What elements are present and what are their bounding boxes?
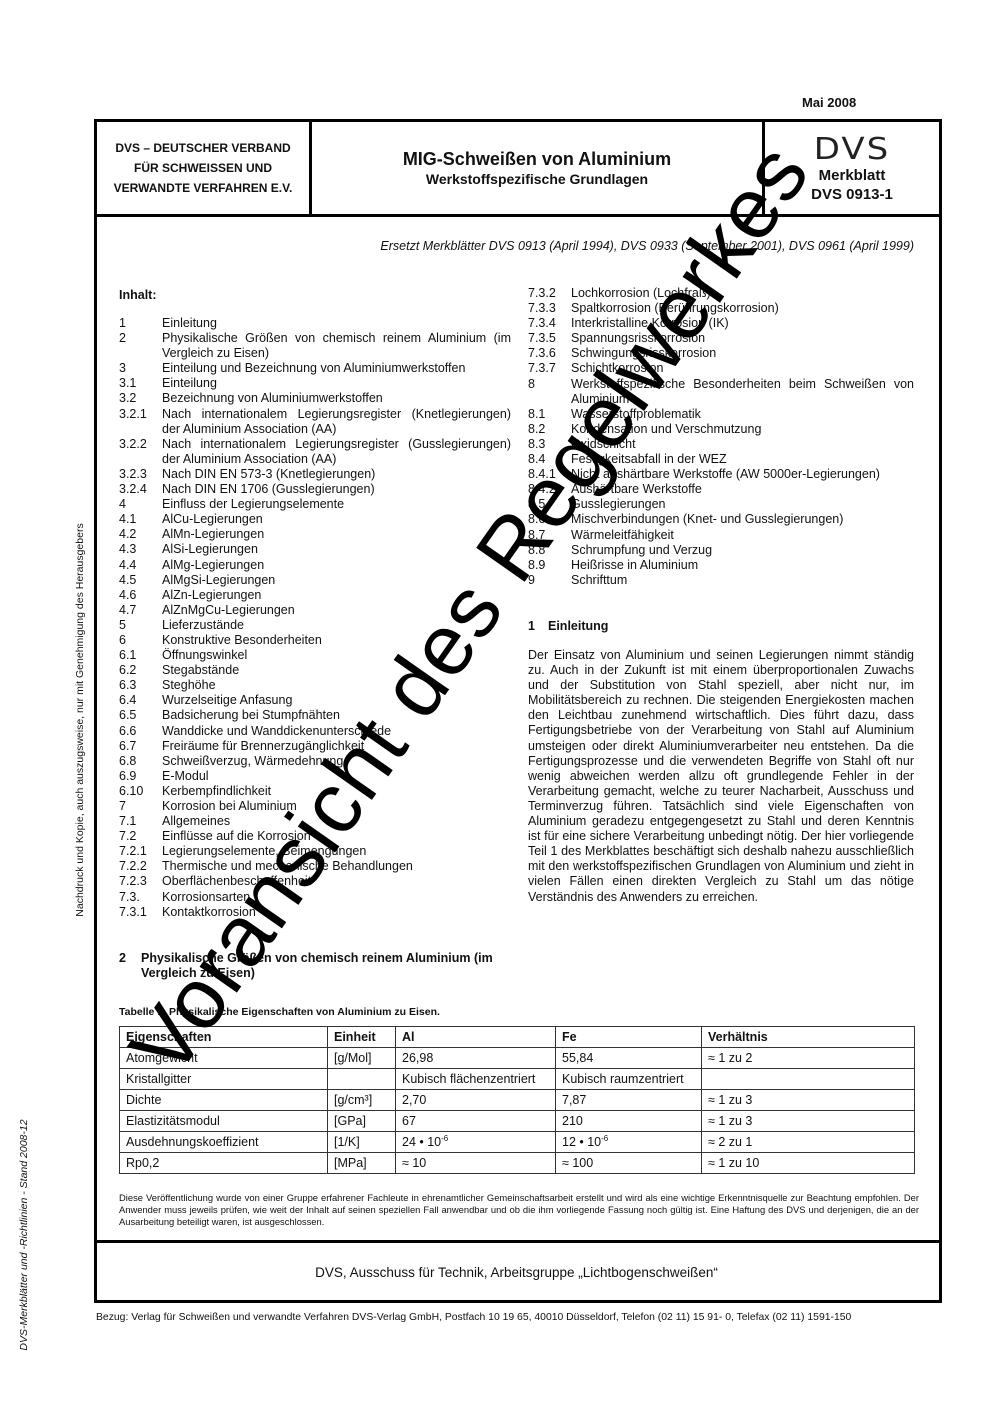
toc-number: 7.3.7: [528, 361, 571, 376]
toc-item: 4.4AlMg-Legierungen: [119, 558, 511, 573]
toc-item: 3.1Einteilung: [119, 376, 511, 391]
toc-item: 4.6AlZn-Legierungen: [119, 588, 511, 603]
dvs-logo: DVS: [814, 134, 890, 165]
toc-number: 4.7: [119, 603, 162, 618]
toc-item: 8.8Schrumpfung und Verzug: [528, 543, 914, 558]
toc-number: 1: [119, 316, 162, 331]
toc-number: 7.2.3: [119, 874, 162, 889]
table-cell: Rp0,2: [120, 1153, 328, 1174]
toc-label: AlMgSi-Legierungen: [162, 573, 511, 588]
toc-number: 4.6: [119, 588, 162, 603]
table-row: Ausdehnungskoeffizient[1/K]24 • 10-612 •…: [120, 1132, 915, 1153]
toc-item: 6.9E-Modul: [119, 769, 511, 784]
table-cell: ≈ 100: [556, 1153, 702, 1174]
toc-item: 6Konstruktive Besonderheiten: [119, 633, 511, 648]
toc-number: 6.10: [119, 784, 162, 799]
toc-label: Kondensation und Verschmutzung: [571, 422, 914, 437]
toc-label: Wurzelseitige Anfasung: [162, 693, 511, 708]
toc-number: 8: [528, 377, 571, 407]
toc-number: 3.2.2: [119, 437, 162, 467]
toc-label: Nicht aushärtbare Werkstoffe (AW 5000er-…: [571, 467, 914, 482]
section-2-heading: 2 Physikalische Größen von chemisch rein…: [119, 951, 519, 981]
toc-item: 4.3AlSi-Legierungen: [119, 542, 511, 557]
toc-number: 5: [119, 618, 162, 633]
doc-id-block: DVS Merkblatt DVS 0913-1: [765, 122, 939, 214]
toc-number: 8.1: [528, 407, 571, 422]
toc-item: 3.2.2Nach internationalem Legierungsregi…: [119, 437, 511, 467]
toc-item: 3.2.3Nach DIN EN 573-3 (Knetlegierungen): [119, 467, 511, 482]
toc-title: Inhalt:: [119, 288, 157, 302]
toc-item: 8.6Mischverbindungen (Knet- und Gusslegi…: [528, 512, 914, 527]
toc-item: 6.5Badsicherung bei Stumpfnähten: [119, 708, 511, 723]
toc-number: 6.6: [119, 724, 162, 739]
toc-label: Lochkorrosion (Lochfraß): [571, 286, 914, 301]
toc-item: 6.7Freiräume für Brennerzugänglichkeit: [119, 739, 511, 754]
publisher-line: VERWANDTE VERFAHREN E.V.: [114, 178, 293, 198]
toc-item: 3.2.4Nach DIN EN 1706 (Gusslegierungen): [119, 482, 511, 497]
toc-label: Wanddicke und Wanddickenunterschiede: [162, 724, 511, 739]
toc-item: 8.1Wasserstoffproblematik: [528, 407, 914, 422]
toc-label: Einteilung: [162, 376, 511, 391]
table-caption: Tabelle 1. Physikalische Eigenschaften v…: [119, 1006, 440, 1018]
toc-number: 8.5: [528, 497, 571, 512]
toc-item: 7.3.4Interkristalline Korrosion (IK): [528, 316, 914, 331]
toc-number: 7.1: [119, 814, 162, 829]
toc-item: 1Einleitung: [119, 316, 511, 331]
toc-label: Konstruktive Besonderheiten: [162, 633, 511, 648]
toc-label: Wasserstoffproblematik: [571, 407, 914, 422]
toc-label: Kerbempfindlichkeit: [162, 784, 511, 799]
table-cell: ≈ 1 zu 3: [702, 1090, 915, 1111]
toc-item: 6.10Kerbempfindlichkeit: [119, 784, 511, 799]
toc-item: 4.7AlZnMgCu-Legierungen: [119, 603, 511, 618]
toc-item: 4.1AlCu-Legierungen: [119, 512, 511, 527]
toc-label: Legierungselemente, Beimengungen: [162, 844, 511, 859]
toc-label: Korrosionsarten: [162, 890, 511, 905]
toc-item: 3Einteilung und Bezeichnung von Aluminiu…: [119, 361, 511, 376]
section-1-heading: 1Einleitung: [528, 619, 608, 633]
toc-number: 6: [119, 633, 162, 648]
toc-number: 7.3.5: [528, 331, 571, 346]
table-cell: ≈ 1 zu 2: [702, 1048, 915, 1069]
toc-number: 7.3.3: [528, 301, 571, 316]
toc-number: 3.2.1: [119, 407, 162, 437]
table-cell: [MPa]: [328, 1153, 396, 1174]
toc-item: 6.4Wurzelseitige Anfasung: [119, 693, 511, 708]
table-cell: [1/K]: [328, 1132, 396, 1153]
table-cell: ≈ 1 zu 3: [702, 1111, 915, 1132]
toc-label: AlZnMgCu-Legierungen: [162, 603, 511, 618]
publisher-line: DVS – DEUTSCHER VERBAND: [115, 138, 290, 158]
toc-item: 4.5AlMgSi-Legierungen: [119, 573, 511, 588]
toc-number: 4: [119, 497, 162, 512]
toc-number: 7.3.6: [528, 346, 571, 361]
document-subtitle: Werkstoffspezifische Grundlagen: [426, 170, 648, 188]
toc-item: 6.6Wanddicke und Wanddickenunterschiede: [119, 724, 511, 739]
toc-label: AlZn-Legierungen: [162, 588, 511, 603]
table-cell: Dichte: [120, 1090, 328, 1111]
table-cell: ≈ 1 zu 10: [702, 1153, 915, 1174]
toc-label: Stegabstände: [162, 663, 511, 678]
toc-number: 6.2: [119, 663, 162, 678]
toc-label: Nach DIN EN 573-3 (Knetlegierungen): [162, 467, 511, 482]
table-cell: ≈ 10: [396, 1153, 556, 1174]
toc-label: Thermische und mechanische Behandlungen: [162, 859, 511, 874]
toc-label: E-Modul: [162, 769, 511, 784]
toc-label: Mischverbindungen (Knet- und Gusslegieru…: [571, 512, 914, 527]
toc-item: 6.3Steghöhe: [119, 678, 511, 693]
order-info: Bezug: Verlag für Schweißen und verwandt…: [96, 1312, 851, 1323]
toc-number: 7.3.: [119, 890, 162, 905]
properties-table: EigenschaftenEinheitAlFeVerhältnis Atomg…: [119, 1026, 915, 1174]
table-cell: 55,84: [556, 1048, 702, 1069]
toc-item: 8.4Festigkeitsabfall in der WEZ: [528, 452, 914, 467]
toc-number: 6.1: [119, 648, 162, 663]
toc-label: Einleitung: [162, 316, 511, 331]
table-row: Rp0,2[MPa]≈ 10≈ 100≈ 1 zu 10: [120, 1153, 915, 1174]
table-cell: ≈ 2 zu 1: [702, 1132, 915, 1153]
toc-number: 8.2: [528, 422, 571, 437]
toc-label: AlMn-Legierungen: [162, 527, 511, 542]
toc-item: 8Werkstoffspezifische Besonderheiten bei…: [528, 377, 914, 407]
toc-number: 8.4: [528, 452, 571, 467]
table-cell: [g/cm³]: [328, 1090, 396, 1111]
table-cell: 26,98: [396, 1048, 556, 1069]
toc-label: Schweißverzug, Wärmedehnung: [162, 754, 511, 769]
toc-item: 7.2.3Oberflächenbeschaffenheit: [119, 874, 511, 889]
toc-label: Schichtkorrosion: [571, 361, 914, 376]
doc-type: Merkblatt: [819, 166, 886, 185]
table-cell: Kubisch flächenzentriert: [396, 1069, 556, 1090]
table-row: Atomgewicht[g/Mol]26,9855,84≈ 1 zu 2: [120, 1048, 915, 1069]
toc-item: 8.4.2Aushärtbare Werkstoffe: [528, 482, 914, 497]
toc-number: 8.3: [528, 437, 571, 452]
toc-item: 8.4.1Nicht aushärtbare Werkstoffe (AW 50…: [528, 467, 914, 482]
column-header: Verhältnis: [702, 1027, 915, 1048]
toc-number: 8.4.1: [528, 467, 571, 482]
toc-number: 8.8: [528, 543, 571, 558]
toc-label: Oxidschicht: [571, 437, 914, 452]
table-cell: Elastizitätsmodul: [120, 1111, 328, 1132]
toc-number: 6.5: [119, 708, 162, 723]
table-cell: [g/Mol]: [328, 1048, 396, 1069]
section-title: Physikalische Größen von chemisch reinem…: [141, 951, 519, 981]
table-cell: [328, 1069, 396, 1090]
toc-label: Spannungsrisskorrosion: [571, 331, 914, 346]
toc-number: 4.3: [119, 542, 162, 557]
toc-item: 8.5Gusslegierungen: [528, 497, 914, 512]
toc-label: Lieferzustände: [162, 618, 511, 633]
toc-number: 4.2: [119, 527, 162, 542]
toc-item: 3.2.1Nach internationalem Legierungsregi…: [119, 407, 511, 437]
toc-number: 8.9: [528, 558, 571, 573]
column-header: Einheit: [328, 1027, 396, 1048]
toc-number: 7: [119, 799, 162, 814]
toc-number: 6.4: [119, 693, 162, 708]
publication-date: Mai 2008: [802, 95, 856, 110]
document-title: MIG-Schweißen von Aluminium: [403, 148, 671, 170]
toc-label: Kontaktkorrosion: [162, 905, 511, 920]
title-block: MIG-Schweißen von Aluminium Werkstoffspe…: [312, 122, 765, 214]
publisher-block: DVS – DEUTSCHER VERBAND FÜR SCHWEISSEN U…: [97, 122, 312, 214]
toc-number: 3.2.4: [119, 482, 162, 497]
toc-label: AlMg-Legierungen: [162, 558, 511, 573]
toc-label: Gusslegierungen: [571, 497, 914, 512]
toc-label: Wärmeleitfähigkeit: [571, 528, 914, 543]
section-1-text: Der Einsatz von Aluminium und seinen Leg…: [528, 648, 914, 905]
edition-note: DVS-Merkblätter und -Richtlinien - Stand…: [18, 1119, 30, 1350]
toc-label: Physikalische Größen von chemisch reinem…: [162, 331, 511, 361]
toc-number: 6.8: [119, 754, 162, 769]
toc-item: 7.3.2Lochkorrosion (Lochfraß): [528, 286, 914, 301]
publisher-line: FÜR SCHWEISSEN UND: [134, 158, 272, 178]
toc-number: 2: [119, 331, 162, 361]
copyright-note: Nachdruck und Kopie, auch auszugsweise, …: [74, 523, 86, 916]
toc-label: Werkstoffspezifische Besonderheiten beim…: [571, 377, 914, 407]
toc-item: 7.3.3Spaltkorrosion (Berührungskorrosion…: [528, 301, 914, 316]
toc-number: 8.4.2: [528, 482, 571, 497]
toc-label: Schrifttum: [571, 573, 914, 588]
toc-label: Nach internationalem Legierungsregister …: [162, 407, 511, 437]
section-title: Einleitung: [548, 619, 608, 633]
toc-item: 3.2Bezeichnung von Aluminiumwerkstoffen: [119, 391, 511, 406]
toc-label: Nach internationalem Legierungsregister …: [162, 437, 511, 467]
column-header: Eigenschaften: [120, 1027, 328, 1048]
toc-item: 7.3.7Schichtkorrosion: [528, 361, 914, 376]
toc-number: 8.7: [528, 528, 571, 543]
toc-label: AlCu-Legierungen: [162, 512, 511, 527]
divider: [94, 1240, 939, 1243]
toc-item: 6.8Schweißverzug, Wärmedehnung: [119, 754, 511, 769]
toc-number: 4.5: [119, 573, 162, 588]
toc-item: 8.7Wärmeleitfähigkeit: [528, 528, 914, 543]
toc-item: 6.1Öffnungswinkel: [119, 648, 511, 663]
column-header: Fe: [556, 1027, 702, 1048]
toc-number: 3: [119, 361, 162, 376]
toc-number: 3.2.3: [119, 467, 162, 482]
toc-item: 8.3Oxidschicht: [528, 437, 914, 452]
toc-item: 6.2Stegabstände: [119, 663, 511, 678]
table-row: Dichte[g/cm³]2,707,87≈ 1 zu 3: [120, 1090, 915, 1111]
toc-number: 7.2.2: [119, 859, 162, 874]
table-header-row: EigenschaftenEinheitAlFeVerhältnis: [120, 1027, 915, 1048]
toc-number: 7.3.2: [528, 286, 571, 301]
toc-label: Öffnungswinkel: [162, 648, 511, 663]
table-cell: 24 • 10-6: [396, 1132, 556, 1153]
toc-label: Interkristalline Korrosion (IK): [571, 316, 914, 331]
toc-number: 4.4: [119, 558, 162, 573]
toc-label: Badsicherung bei Stumpfnähten: [162, 708, 511, 723]
toc-item: 2Physikalische Größen von chemisch reine…: [119, 331, 511, 361]
toc-label: Einfluss der Legierungselemente: [162, 497, 511, 512]
toc-item: 4.2AlMn-Legierungen: [119, 527, 511, 542]
toc-label: Festigkeitsabfall in der WEZ: [571, 452, 914, 467]
toc-label: Korrosion bei Aluminium: [162, 799, 511, 814]
toc-left-column: 1Einleitung2Physikalische Größen von che…: [119, 316, 511, 920]
document-header: DVS – DEUTSCHER VERBAND FÜR SCHWEISSEN U…: [94, 119, 942, 217]
table-cell: Ausdehnungskoeffizient: [120, 1132, 328, 1153]
table-cell: Kristallgitter: [120, 1069, 328, 1090]
toc-item: 8.2Kondensation und Verschmutzung: [528, 422, 914, 437]
toc-label: Schwingungsrisskorrosion: [571, 346, 914, 361]
table-cell: 12 • 10-6: [556, 1132, 702, 1153]
toc-item: 7Korrosion bei Aluminium: [119, 799, 511, 814]
toc-item: 7.2.2Thermische und mechanische Behandlu…: [119, 859, 511, 874]
toc-number: 7.3.4: [528, 316, 571, 331]
table-row: Elastizitätsmodul[GPa]67210≈ 1 zu 3: [120, 1111, 915, 1132]
toc-number: 3.2: [119, 391, 162, 406]
toc-label: Spaltkorrosion (Berührungskorrosion): [571, 301, 914, 316]
toc-item: 4Einfluss der Legierungselemente: [119, 497, 511, 512]
table-cell: [GPa]: [328, 1111, 396, 1132]
toc-item: 7.2.1Legierungselemente, Beimengungen: [119, 844, 511, 859]
toc-label: Freiräume für Brennerzugänglichkeit: [162, 739, 511, 754]
toc-label: Heißrisse in Aluminium: [571, 558, 914, 573]
toc-item: 7.3.1Kontaktkorrosion: [119, 905, 511, 920]
toc-number: 4.1: [119, 512, 162, 527]
toc-label: Einteilung und Bezeichnung von Aluminium…: [162, 361, 511, 376]
toc-label: Oberflächenbeschaffenheit: [162, 874, 511, 889]
table-cell: 7,87: [556, 1090, 702, 1111]
toc-number: 6.7: [119, 739, 162, 754]
table-cell: 210: [556, 1111, 702, 1132]
table-cell: Atomgewicht: [120, 1048, 328, 1069]
toc-label: AlSi-Legierungen: [162, 542, 511, 557]
toc-item: 7.3.6Schwingungsrisskorrosion: [528, 346, 914, 361]
toc-number: 7.2.1: [119, 844, 162, 859]
toc-item: 5Lieferzustände: [119, 618, 511, 633]
toc-label: Aushärtbare Werkstoffe: [571, 482, 914, 497]
disclaimer: Diese Veröffentlichung wurde von einer G…: [119, 1192, 919, 1228]
toc-number: 6.9: [119, 769, 162, 784]
table-cell: [702, 1069, 915, 1090]
toc-item: 7.1Allgemeines: [119, 814, 511, 829]
table-cell: 67: [396, 1111, 556, 1132]
toc-item: 9Schrifttum: [528, 573, 914, 588]
table-row: KristallgitterKubisch flächenzentriertKu…: [120, 1069, 915, 1090]
toc-item: 7.2Einflüsse auf die Korrosion: [119, 829, 511, 844]
doc-number: DVS 0913-1: [811, 185, 893, 204]
replaces-note: Ersetzt Merkblätter DVS 0913 (April 1994…: [340, 239, 914, 253]
column-header: Al: [396, 1027, 556, 1048]
section-number: 1: [528, 619, 548, 633]
toc-item: 7.3.Korrosionsarten: [119, 890, 511, 905]
toc-right-column: 7.3.2Lochkorrosion (Lochfraß)7.3.3Spaltk…: [528, 286, 914, 588]
toc-label: Schrumpfung und Verzug: [571, 543, 914, 558]
toc-number: 3.1: [119, 376, 162, 391]
toc-item: 7.3.5Spannungsrisskorrosion: [528, 331, 914, 346]
table-cell: 2,70: [396, 1090, 556, 1111]
toc-label: Bezeichnung von Aluminiumwerkstoffen: [162, 391, 511, 406]
section-number: 2: [119, 951, 141, 981]
toc-number: 6.3: [119, 678, 162, 693]
toc-number: 8.6: [528, 512, 571, 527]
toc-label: Nach DIN EN 1706 (Gusslegierungen): [162, 482, 511, 497]
toc-number: 7.3.1: [119, 905, 162, 920]
toc-label: Steghöhe: [162, 678, 511, 693]
table-cell: Kubisch raumzentriert: [556, 1069, 702, 1090]
toc-label: Allgemeines: [162, 814, 511, 829]
toc-label: Einflüsse auf die Korrosion: [162, 829, 511, 844]
toc-item: 8.9Heißrisse in Aluminium: [528, 558, 914, 573]
toc-number: 7.2: [119, 829, 162, 844]
committee-line: DVS, Ausschuss für Technik, Arbeitsgrupp…: [97, 1244, 936, 1300]
toc-number: 9: [528, 573, 571, 588]
